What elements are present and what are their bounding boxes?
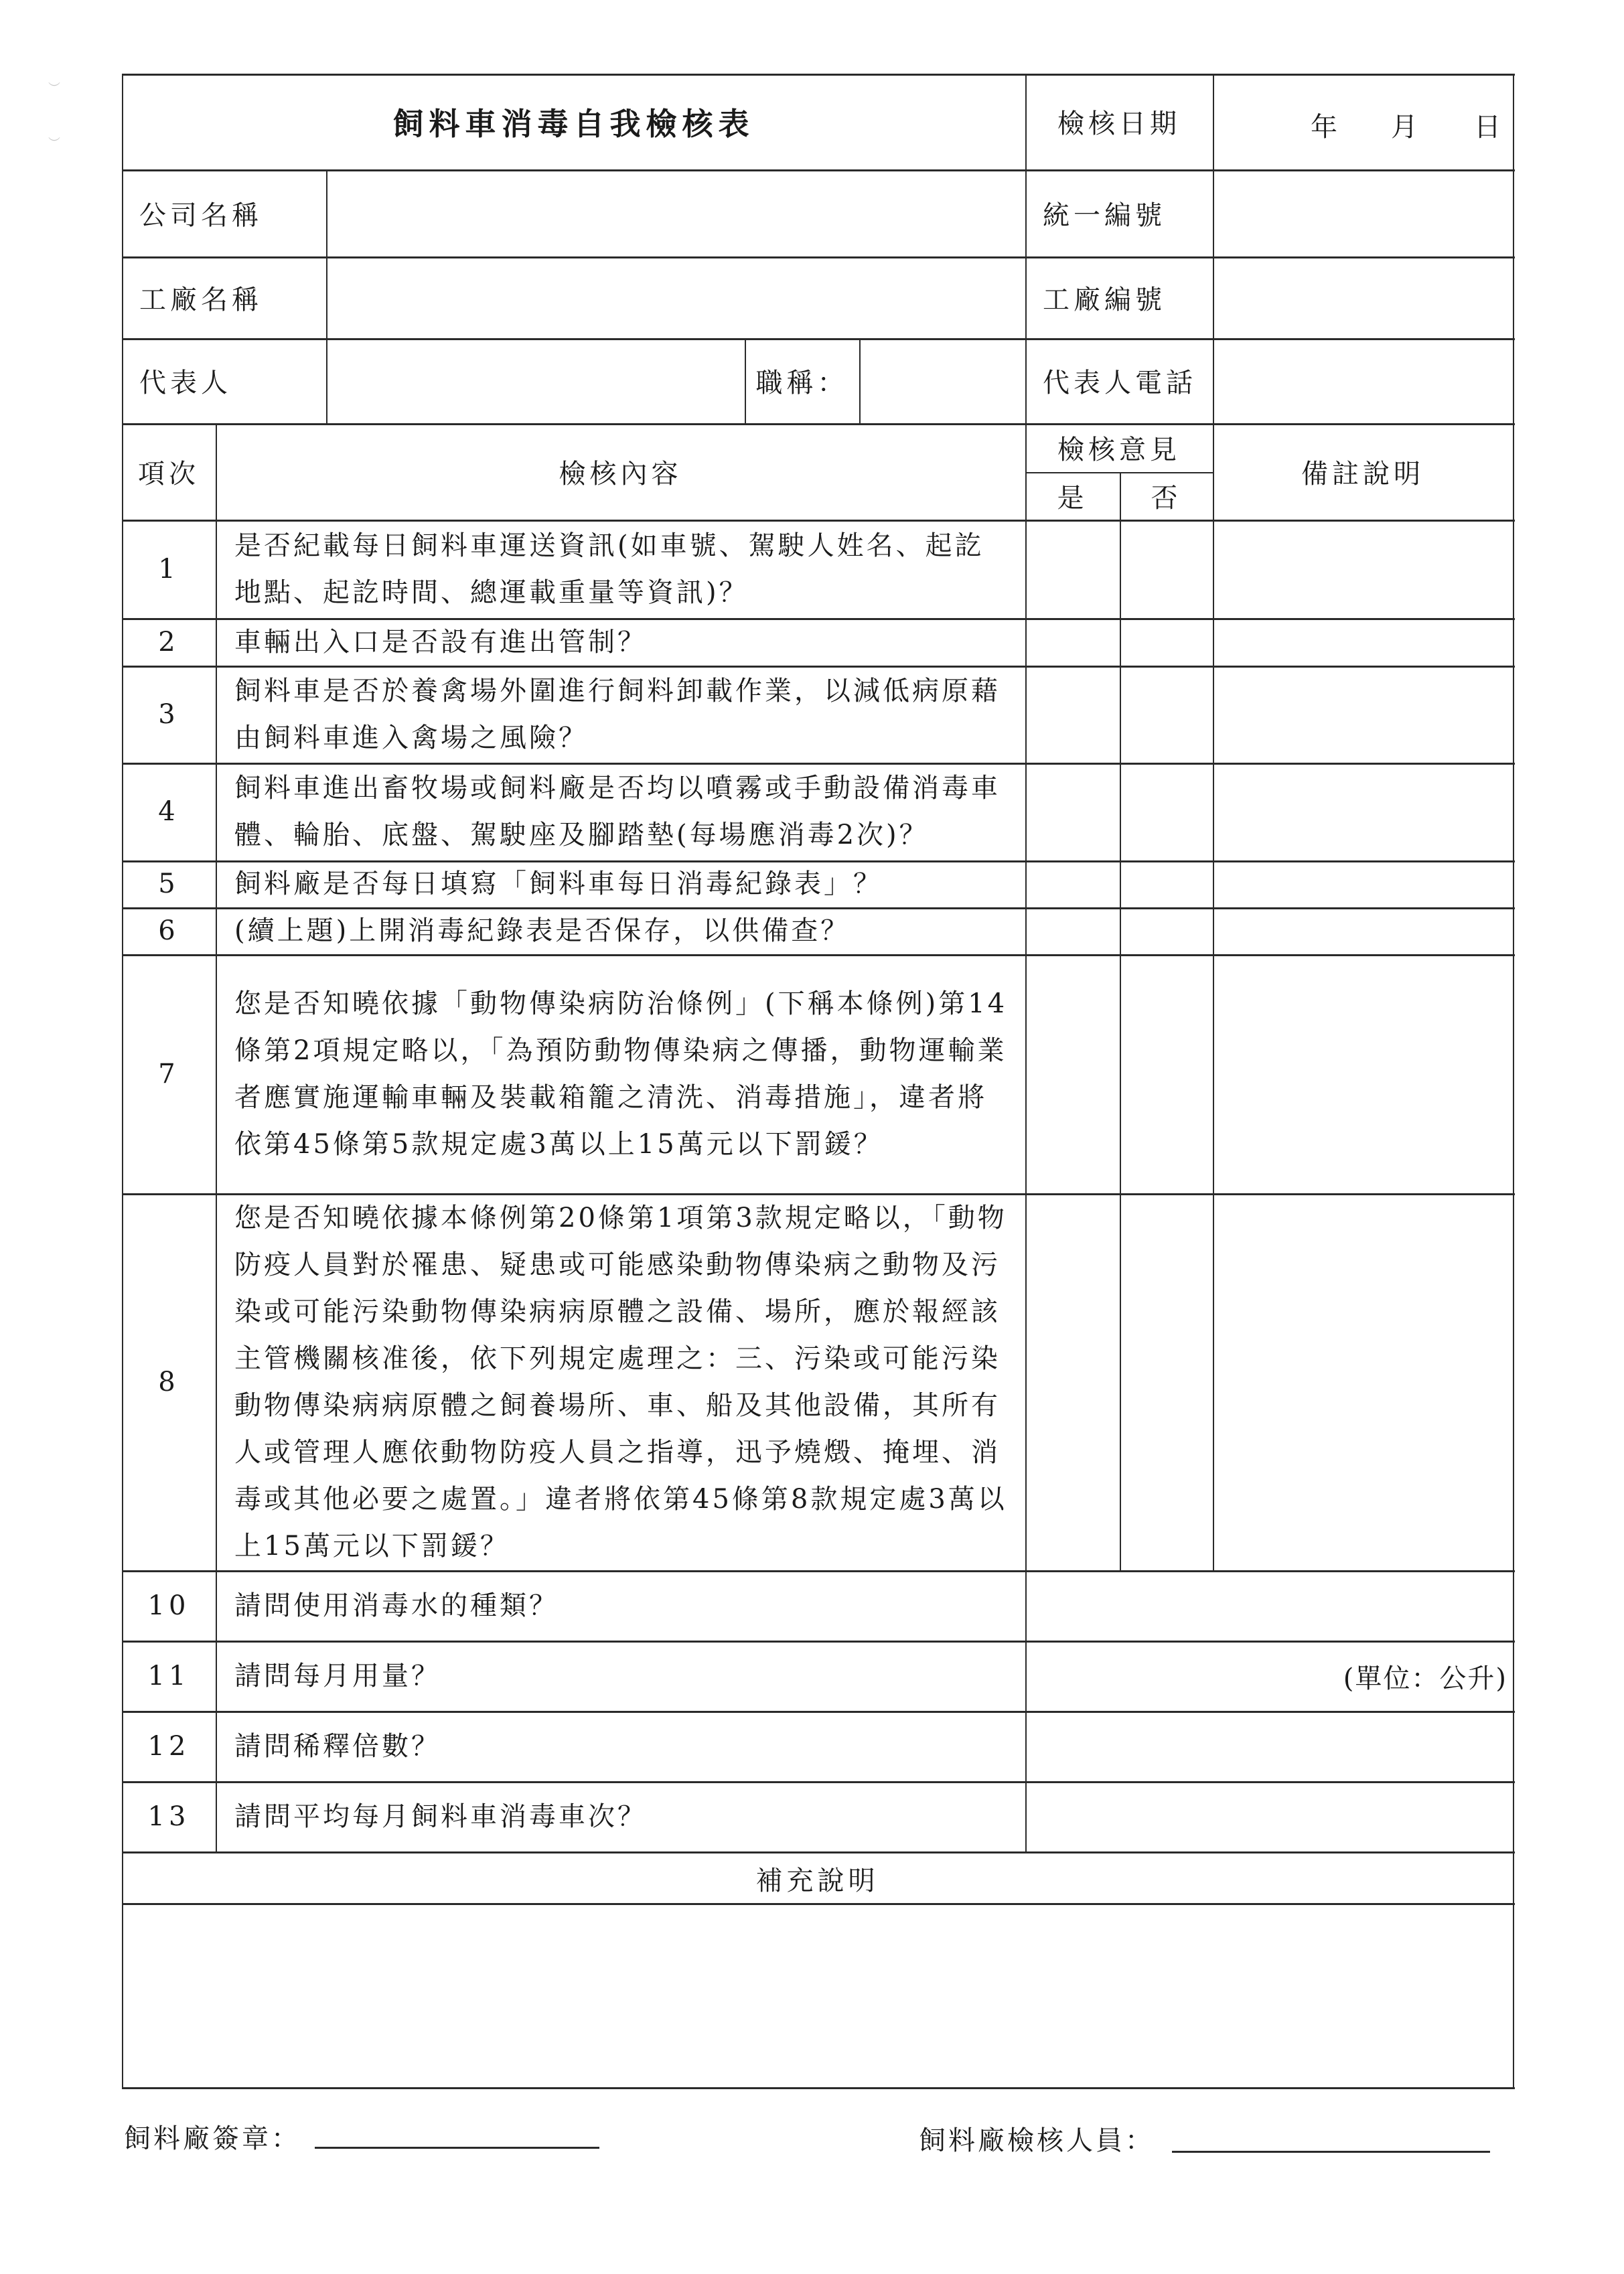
scan-mark: ︶ xyxy=(48,79,60,96)
yes-checkbox[interactable] xyxy=(1027,764,1120,860)
no-checkbox[interactable] xyxy=(1121,521,1213,618)
header-no: 否 xyxy=(1120,472,1213,520)
item-question: 車輛出入口是否設有進出管制？ xyxy=(216,618,1025,666)
feed-mill-seal-line[interactable] xyxy=(315,2147,599,2149)
remarks-field[interactable] xyxy=(1214,521,1513,618)
no-checkbox[interactable] xyxy=(1121,1195,1213,1570)
feed-mill-seal-label: 飼料廠簽章： xyxy=(124,2117,301,2155)
representative-phone-label: 代表人電話 xyxy=(1025,338,1213,423)
item-number: 11 xyxy=(122,1641,216,1711)
no-checkbox[interactable] xyxy=(1121,909,1213,954)
representative-field[interactable] xyxy=(326,338,745,423)
item-number: 7 xyxy=(122,954,216,1193)
remarks-field[interactable] xyxy=(1214,956,1513,1193)
date-day-label: 日 xyxy=(1474,106,1501,144)
item-number: 10 xyxy=(122,1570,216,1641)
tax-id-label: 統一編號 xyxy=(1025,169,1213,256)
item-question: 請問稀釋倍數？ xyxy=(216,1711,1025,1781)
item-number: 5 xyxy=(122,860,216,907)
representative-label: 代表人 xyxy=(122,338,326,423)
yes-checkbox[interactable] xyxy=(1027,956,1120,1193)
factory-name-label: 工廠名稱 xyxy=(122,256,326,338)
answer-field[interactable] xyxy=(1027,1572,1513,1641)
form-title: 飼料車消毒自我檢核表 xyxy=(122,74,1025,169)
tax-id-field[interactable] xyxy=(1213,169,1513,256)
item-question: 請問每月用量？ xyxy=(216,1641,1025,1711)
header-item-no: 項次 xyxy=(122,423,216,520)
item-question: 飼料廠是否每日填寫「飼料車每日消毒紀錄表」？ xyxy=(216,860,1025,907)
answer-field[interactable] xyxy=(1027,1783,1513,1851)
item-number: 1 xyxy=(122,520,216,618)
item-question: (續上題)上開消毒紀錄表是否保存，以供備查？ xyxy=(216,907,1025,954)
factory-no-field[interactable] xyxy=(1213,256,1513,338)
item-question: 請問使用消毒水的種類？ xyxy=(216,1570,1025,1641)
supplement-textarea[interactable] xyxy=(123,1905,1513,2087)
unit-label: (單位：公升) xyxy=(1343,1657,1507,1695)
header-content: 檢核內容 xyxy=(216,423,1025,520)
item-number: 12 xyxy=(122,1711,216,1781)
item-number: 8 xyxy=(122,1193,216,1570)
remarks-field[interactable] xyxy=(1214,667,1513,763)
supplement-label: 補充說明 xyxy=(122,1853,1513,1903)
header-opinion: 檢核意見 xyxy=(1025,423,1213,472)
item-question: 飼料車是否於養禽場外圍進行飼料卸載作業，以減低病原藉由飼料車進入禽場之風險？ xyxy=(216,666,1025,763)
inspection-date-label: 檢核日期 xyxy=(1025,74,1213,169)
item-question: 您是否知曉依據「動物傳染病防治條例」(下稱本條例)第14條第2項規定略以，「為預… xyxy=(216,954,1025,1193)
feed-mill-inspector-line[interactable] xyxy=(1172,2151,1490,2153)
header-yes: 是 xyxy=(1025,472,1120,520)
item-question: 請問平均每月飼料車消毒車次？ xyxy=(216,1781,1025,1851)
remarks-field[interactable] xyxy=(1214,619,1513,666)
no-checkbox[interactable] xyxy=(1121,619,1213,666)
yes-checkbox[interactable] xyxy=(1027,909,1120,954)
item-question: 飼料車進出畜牧場或飼料廠是否均以噴霧或手動設備消毒車體、輪胎、底盤、駕駛座及腳踏… xyxy=(216,763,1025,860)
yes-checkbox[interactable] xyxy=(1027,1195,1120,1570)
item-question: 您是否知曉依據本條例第20條第1項第3款規定略以，「動物防疫人員對於罹患、疑患或… xyxy=(216,1193,1025,1570)
no-checkbox[interactable] xyxy=(1121,667,1213,763)
item-number: 2 xyxy=(122,618,216,666)
no-checkbox[interactable] xyxy=(1121,764,1213,860)
date-month-label: 月 xyxy=(1391,106,1418,144)
yes-checkbox[interactable] xyxy=(1027,521,1120,618)
feed-mill-inspector-label: 飼料廠檢核人員： xyxy=(919,2119,1155,2157)
header-remarks: 備註說明 xyxy=(1213,423,1513,520)
item-number: 4 xyxy=(122,763,216,860)
yes-checkbox[interactable] xyxy=(1027,619,1120,666)
company-name-field[interactable] xyxy=(326,169,1025,256)
yes-checkbox[interactable] xyxy=(1027,862,1120,907)
factory-no-label: 工廠編號 xyxy=(1025,256,1213,338)
answer-field[interactable] xyxy=(1027,1712,1513,1781)
remarks-field[interactable] xyxy=(1214,1195,1513,1570)
job-title-label: 職稱： xyxy=(745,338,859,423)
job-title-field[interactable] xyxy=(859,338,1025,423)
no-checkbox[interactable] xyxy=(1121,862,1213,907)
remarks-field[interactable] xyxy=(1214,764,1513,860)
company-name-label: 公司名稱 xyxy=(122,169,326,256)
item-number: 6 xyxy=(122,907,216,954)
remarks-field[interactable] xyxy=(1214,909,1513,954)
item-question: 是否紀載每日飼料車運送資訊(如車號、駕駛人姓名、起訖地點、起訖時間、總運載重量等… xyxy=(216,520,1025,618)
factory-name-field[interactable] xyxy=(326,256,1025,338)
date-year-label: 年 xyxy=(1311,106,1337,144)
item-number: 13 xyxy=(122,1781,216,1851)
representative-phone-field[interactable] xyxy=(1213,338,1513,423)
answer-field-liters[interactable]: (單位：公升) xyxy=(1027,1642,1513,1711)
item-number: 3 xyxy=(122,666,216,763)
inspection-date-field[interactable]: 年 月 日 xyxy=(1213,74,1513,169)
scan-mark: ︶ xyxy=(48,134,60,151)
remarks-field[interactable] xyxy=(1214,862,1513,907)
no-checkbox[interactable] xyxy=(1121,956,1213,1193)
yes-checkbox[interactable] xyxy=(1027,667,1120,763)
